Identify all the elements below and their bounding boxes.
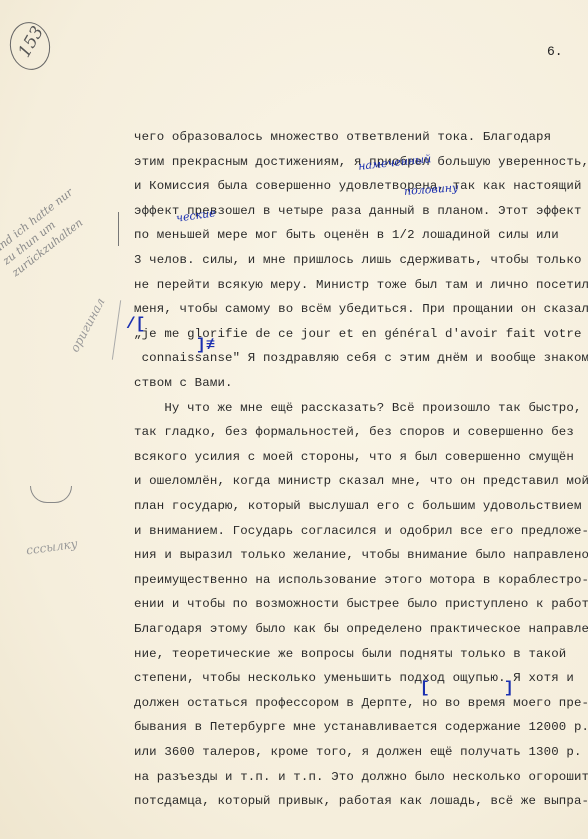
margin-note-german: und ich hatte nur zu thun um zurückzuhal… [0,185,94,280]
pencil-arc-mark [30,486,72,503]
opening-bracket: /[ [126,315,145,333]
text-line: или 3600 талеров, кроме того, я должен е… [134,745,582,759]
text-line: на разъезды и т.п. и т.п. Это должно был… [134,770,588,784]
text-line: ством с Вами. [134,376,233,390]
text-line: план государю, который выслушал его с бо… [134,499,582,513]
text-line: по меньшей мере мог быть оценён в 1/2 ло… [134,228,559,242]
text-line: 3 челов. силы, и мне пришлось лишь сдерж… [134,253,582,267]
document-page: 153 6. чего образовалось множество ответ… [0,0,588,839]
text-line: так гладко, без формальностей, без споро… [134,425,574,439]
text-line: ении и чтобы по возможности быстрее было… [134,597,588,611]
text-line: должен остаться профессором в Дерпте, но… [134,696,588,710]
margin-bracket-line [112,300,122,360]
page-number: 6. [547,44,563,59]
correction-polovinu: половину [404,181,459,198]
text-line: всякого усилия с моей стороны, что я был… [134,450,574,464]
closing-bracket: ]≢ [196,336,215,354]
text-line: ние, теоретические же вопросы были подня… [134,647,566,661]
text-line: ния и выразил только желание, чтобы вним… [134,548,588,562]
text-line: меня, чтобы самому во всём убедиться. Пр… [134,302,588,316]
text-line: преимущественно на использование этого м… [134,573,588,587]
text-line: и вниманием. Государь согласился и одобр… [134,524,588,538]
text-line: бывания в Петербурге мне устанавливается… [134,720,588,734]
bracket-close-salary: ] [504,679,514,697]
margin-note-original: оригинал [68,296,108,355]
margin-note-reference: сссылку [25,536,78,557]
text-line: чего образовалось множество ответвлений … [134,130,551,144]
text-line: Ну что же мне ещё рассказать? Всё произо… [134,401,582,415]
margin-mark-line [118,212,119,246]
text-line: и ошеломлён, когда министр сказал мне, ч… [134,474,588,488]
text-line: не перейти всякую меру. Министр тоже был… [134,278,588,292]
text-line: потсдамца, который привык, работая как л… [134,794,588,808]
text-line: Благодаря этому было как бы определено п… [134,622,588,636]
bracket-open-salary: [ [420,679,430,697]
text-line: и Комиссия была совершенно удовлетворена… [134,179,582,193]
